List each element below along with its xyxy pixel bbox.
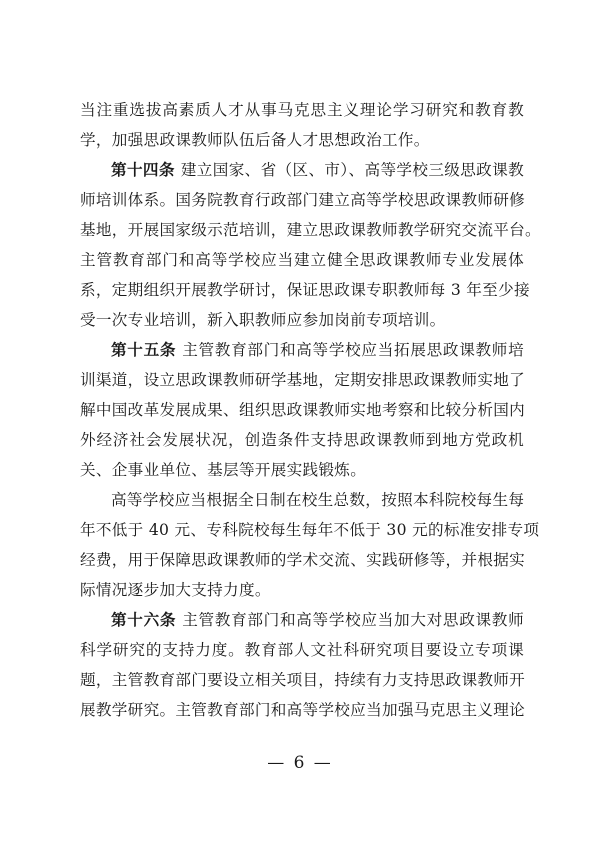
article-15-first-line: 第十五条主管教育部门和高等学校应当拓展思政课教师培: [80, 335, 524, 365]
text-span: 主管教育部门和高等学校应当拓展思政课教师培: [182, 341, 524, 359]
text-line: 学，加强思政课教师队伍后备人才思想政治工作。: [80, 125, 524, 155]
text-span: 主管教育部门和高等学校应当加大对思政课教师: [182, 611, 524, 629]
article-heading: 第十五条: [111, 340, 176, 359]
article-14-first-line: 第十四条建立国家、省（区、市）、高等学校三级思政课教: [80, 155, 524, 185]
document-body: 当注重选拔高素质人才从事马克思主义理论学习研究和教育教 学，加强思政课教师队伍后…: [80, 95, 524, 725]
article-heading: 第十四条: [111, 160, 175, 179]
text-line: 展教学研究。主管教育部门和高等学校应当加强马克思主义理论: [80, 695, 524, 725]
text-line: 训渠道，设立思政课教师研学基地，定期安排思政课教师实地了: [80, 365, 524, 395]
text-line: 关、企事业单位、基层等开展实践锻炼。: [80, 455, 524, 485]
text-line: 受一次专业培训，新入职教师应参加岗前专项培训。: [80, 305, 524, 335]
page-number: — 6 —: [0, 750, 600, 776]
text-line: 际情况逐步加大支持力度。: [80, 575, 524, 605]
text-line: 高等学校应当根据全日制在校生总数，按照本科院校每生每: [80, 485, 524, 515]
text-line: 题，主管教育部门要设立相关项目，持续有力支持思政课教师开: [80, 665, 524, 695]
text-line: 师培训体系。国务院教育行政部门建立高等学校思政课教师研修: [80, 185, 524, 215]
text-line: 科学研究的支持力度。教育部人文社科研究项目要设立专项课: [80, 635, 524, 665]
text-line: 主管教育部门和高等学校应当建立健全思政课教师专业发展体: [80, 245, 524, 275]
text-line: 当注重选拔高素质人才从事马克思主义理论学习研究和教育教: [80, 95, 524, 125]
text-span: 建立国家、省（区、市）、高等学校三级思政课教: [181, 161, 524, 179]
text-line: 基地，开展国家级示范培训，建立思政课教师教学研究交流平台。: [80, 215, 524, 245]
article-16-first-line: 第十六条主管教育部门和高等学校应当加大对思政课教师: [80, 605, 524, 635]
text-line: 年不低于 40 元、专科院校每生每年不低于 30 元的标准安排专项: [80, 515, 524, 545]
text-line: 系，定期组织开展教学研讨，保证思政课专职教师每 3 年至少接: [80, 275, 524, 305]
text-line: 外经济社会发展状况，创造条件支持思政课教师到地方党政机: [80, 425, 524, 455]
text-line: 经费，用于保障思政课教师的学术交流、实践研修等，并根据实: [80, 545, 524, 575]
text-line: 解中国改革发展成果、组织思政课教师实地考察和比较分析国内: [80, 395, 524, 425]
article-heading: 第十六条: [111, 610, 176, 629]
